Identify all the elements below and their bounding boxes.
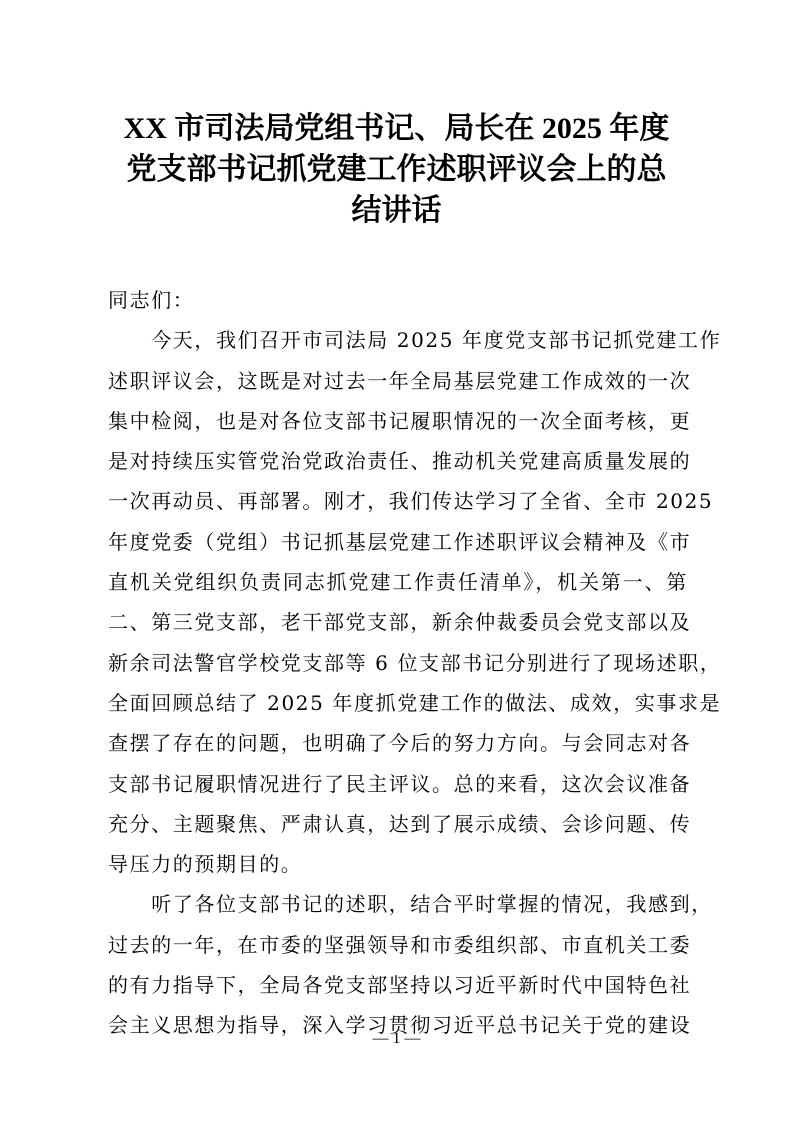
page-number: — 1 — [0,1030,793,1048]
body-line: 今天，我们召开市司法局 2025 年度党支部书记抓党建工作 [108,320,688,360]
title-line: 结讲话 [100,190,693,231]
body-line: 二、第三党支部，老干部党支部，新余仲裁委员会党支部以及 [108,602,688,642]
body-line: 新余司法警官学校党支部等 6 位支部书记分别进行了现场述职， [108,643,688,683]
body-line: 全面回顾总结了 2025 年度抓党建工作的做法、成效，实事求是 [108,683,688,723]
body-line: 查摆了存在的问题，也明确了今后的努力方向。与会同志对各 [108,723,688,763]
body-line: 导压力的预期目的。 [108,844,688,884]
document-page: XX 市司法局党组书记、局长在 2025 年度 党支部书记抓党建工作述职评议会上… [0,0,793,1122]
body-line: 年度党委（党组）书记抓基层党建工作述职评议会精神及《市 [108,522,688,562]
body-line: 充分、主题聚焦、严肃认真，达到了展示成绩、会诊问题、传 [108,804,688,844]
body-line: 述职评议会，这既是对过去一年全局基层党建工作成效的一次 [108,361,688,401]
document-title: XX 市司法局党组书记、局长在 2025 年度 党支部书记抓党建工作述职评议会上… [100,108,693,231]
body-line: 听了各位支部书记的述职，结合平时掌握的情况，我感到， [108,884,688,924]
body-line: 过去的一年，在市委的坚强领导和市委组织部、市直机关工委 [108,925,688,965]
body-line: 支部书记履职情况进行了民主评议。总的来看，这次会议准备 [108,764,688,804]
body-line: 直机关党组织负责同志抓党建工作责任清单》，机关第一、第 [108,562,688,602]
body-line: 集中检阅，也是对各位支部书记履职情况的一次全面考核，更 [108,401,688,441]
body-line: 一次再动员、再部署。刚才，我们传达学习了全省、全市 2025 [108,481,688,521]
title-line: XX 市司法局党组书记、局长在 2025 年度 [100,108,693,149]
body-line: 的有力指导下，全局各党支部坚持以习近平新时代中国特色社 [108,965,688,1005]
body-line: 是对持续压实管党治党政治责任、推动机关党建高质量发展的 [108,441,688,481]
title-line: 党支部书记抓党建工作述职评议会上的总 [100,149,693,190]
salutation: 同志们： [108,280,688,320]
document-body: 同志们： 今天，我们召开市司法局 2025 年度党支部书记抓党建工作 述职评议会… [108,280,688,1046]
